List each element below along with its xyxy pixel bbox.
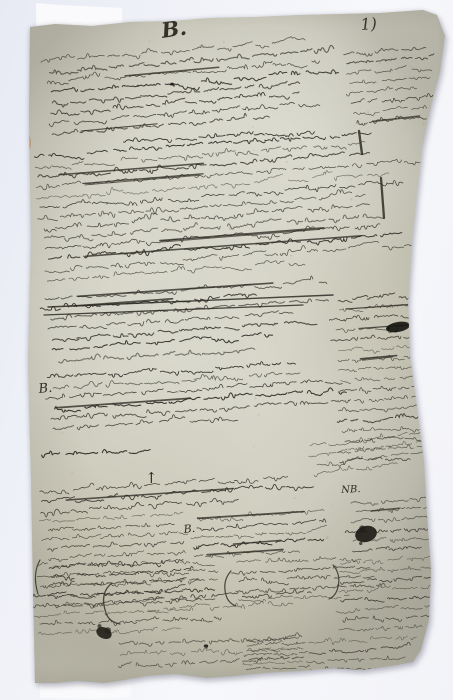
ink-stroke — [329, 565, 339, 599]
handwriting-block-bottom-scatter — [118, 633, 303, 669]
binding-remnant — [23, 134, 31, 152]
ink-blot — [170, 83, 175, 87]
ink-blot — [385, 320, 410, 334]
handwriting-block-main-top — [41, 33, 342, 137]
handwriting-block-margin-right-note — [307, 428, 435, 478]
handwriting-block-lower-main — [39, 470, 314, 518]
handwriting-block-margin-nb-para — [344, 496, 444, 553]
handwriting-block-bottom-mid-micro — [242, 637, 310, 670]
section-mark: 1) — [360, 16, 377, 33]
handwriting-block-lower-left-col — [39, 511, 200, 611]
binding-remnant — [22, 385, 29, 401]
header-mark-b: B. — [160, 17, 188, 41]
ink-blot — [94, 624, 113, 641]
manuscript-scan: B. 1) 1 NB. ↑ B. B. — [0, 0, 453, 700]
ink-stroke — [381, 178, 384, 218]
insertion-caret-mark: ↑ — [145, 471, 158, 486]
handwriting-block-single-line — [42, 447, 151, 458]
ink-stroke — [225, 571, 236, 606]
manuscript-page: B. 1) 1 NB. ↑ B. B. — [0, 0, 453, 700]
handwriting-block-bottom-right — [305, 633, 425, 693]
handwriting-block-deleted-passage — [39, 275, 327, 312]
paragraph-mark-b2: B. — [183, 523, 196, 535]
paper-shadow-wrap: B. 1) 1 NB. ↑ B. B. — [0, 0, 453, 700]
ink-stroke — [104, 583, 120, 624]
ink-blot — [353, 524, 378, 546]
nota-bene-mark: NB. — [341, 485, 361, 496]
handwriting-block-margin-right-low — [333, 555, 439, 633]
paragraph-mark-b: B. — [38, 382, 53, 396]
handwriting-block-main-second — [33, 127, 427, 285]
handwriting-block-bottom-center — [231, 554, 385, 602]
handwriting-block-para-b-block — [44, 356, 347, 432]
handwriting-block-margin-top-right — [343, 44, 440, 127]
folio-number: 1 — [440, 9, 446, 19]
handwriting-block-margin-right-mid — [328, 291, 440, 465]
handwriting-block-lower-center — [190, 508, 328, 560]
ink-stroke — [359, 131, 362, 154]
handwriting-layer — [0, 0, 453, 700]
